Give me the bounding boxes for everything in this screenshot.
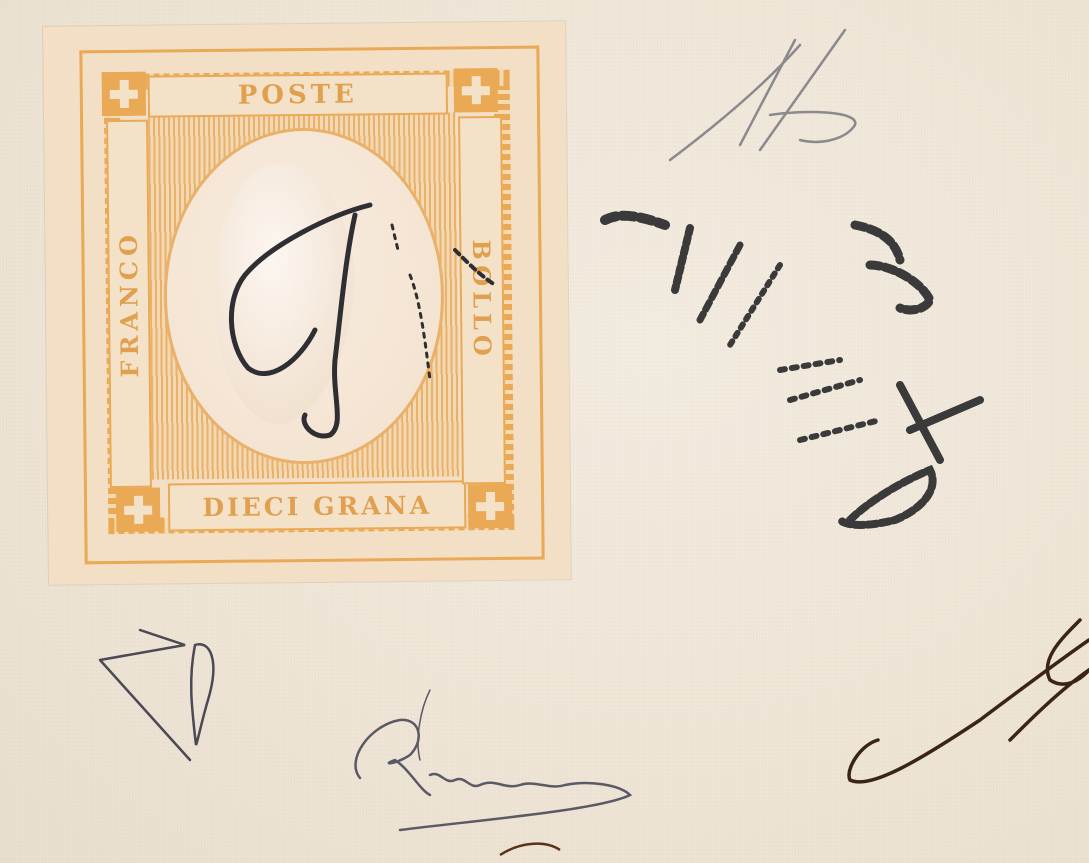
stamp-top-label: POSTE <box>148 73 448 118</box>
cross-ornament-icon <box>116 488 160 532</box>
stamp-left-label: FRANCO <box>114 230 145 378</box>
postage-stamp: POSTE DIECI GRANA FRANCO BOLLO <box>43 21 571 584</box>
stamp-left-panel: FRANCO <box>106 120 152 488</box>
stamp-right-panel: BOLLO <box>458 116 506 484</box>
cross-ornament-icon <box>454 68 498 112</box>
cross-ornament-icon <box>468 484 512 528</box>
stamp-right-label: BOLLO <box>467 239 497 361</box>
stamp-value-label: DIECI GRANA <box>168 480 466 531</box>
cross-ornament-icon <box>102 72 146 116</box>
